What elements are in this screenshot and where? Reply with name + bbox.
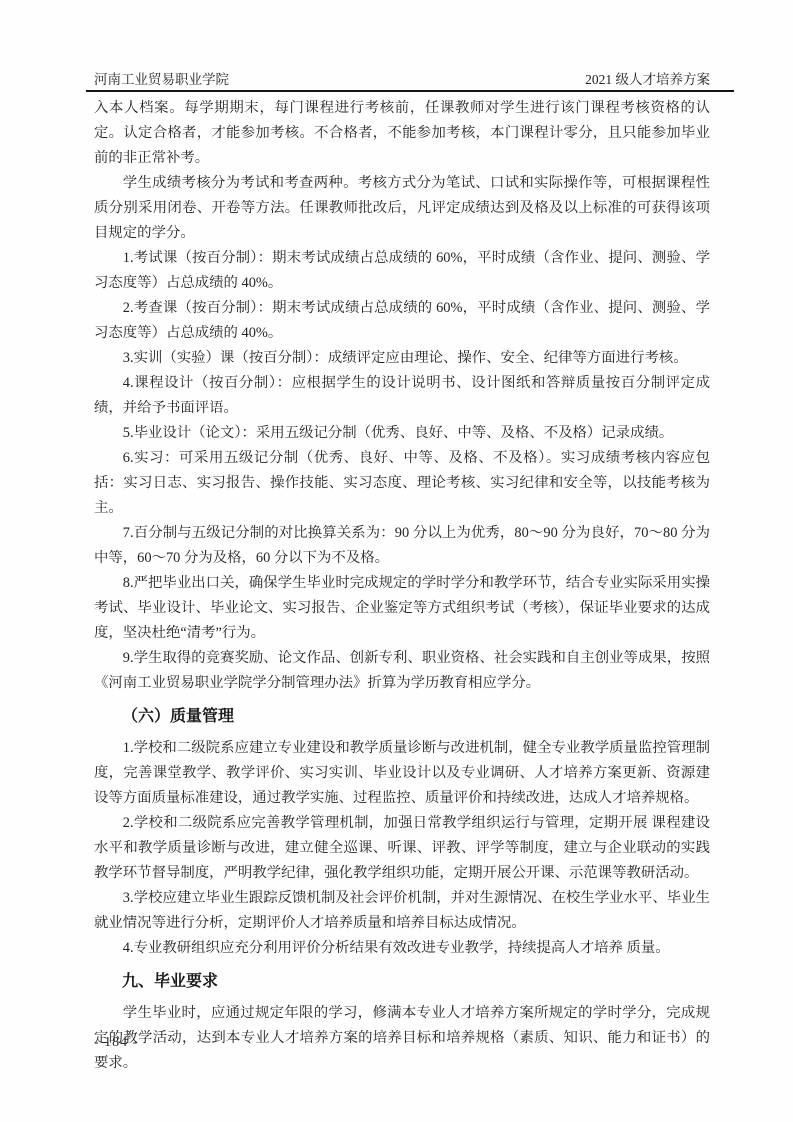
body-paragraph: 1.考试课（按百分制）：期末考试成绩占总成绩的 60%，平时成绩（含作业、提问、… (94, 246, 710, 296)
section-heading: （六）质量管理 (94, 704, 710, 729)
header-rule (86, 90, 734, 92)
body-paragraph: 4.课程设计（按百分制）：应根据学生的设计说明书、设计图纸和答辩质量按百分制评定… (94, 371, 710, 421)
body-paragraph: 2.考查课（按百分制）：期末考试成绩占总成绩的 60%，平时成绩（含作业、提问、… (94, 296, 710, 346)
body-paragraph: 3.学校应建立毕业生跟踪反馈机制及社会评价机制，并对生源情况、在校生学业水平、毕… (94, 886, 710, 936)
header-document-title: 2021 级人才培养方案 (585, 71, 710, 89)
body-paragraph: 学生成绩考核分为考试和考查两种。考核方式分为笔试、口试和实际操作等，可根据课程性… (94, 171, 710, 246)
body-paragraph: 入本人档案。每学期期末，每门课程进行考核前，任课教师对学生进行该门课程考核资格的… (94, 96, 710, 171)
body-paragraph: 2.学校和二级院系应完善教学管理机制，加强日常教学组织运行与管理，定期开展 课程… (94, 811, 710, 886)
body-paragraph: 4.专业教研组织应充分利用评价分析结果有效改进专业教学，持续提高人才培养 质量。 (94, 936, 710, 961)
body-paragraph: 7.百分制与五级记分制的对比换算关系为：90 分以上为优秀，80～90 分为良好… (94, 521, 710, 571)
page-header: 河南工业贸易职业学院 2021 级人才培养方案 (94, 71, 710, 89)
body-paragraph: 6.实习：可采用五级记分制（优秀、良好、中等、及格、不及格）。实习成绩考核内容应… (94, 446, 710, 521)
body-paragraph: 9.学生取得的竞赛奖励、论文作品、创新专利、职业资格、社会实践和自主创业等成果，… (94, 646, 710, 696)
document-page: 河南工业贸易职业学院 2021 级人才培养方案 入本人档案。每学期期末，每门课程… (0, 0, 793, 1122)
section-heading: 九、毕业要求 (94, 969, 710, 994)
body-paragraph: 1.学校和二级院系应建立专业建设和教学质量诊断与改进机制，健全专业教学质量监控管… (94, 736, 710, 811)
body-paragraph: 学生毕业时，应通过规定年限的学习，修满本专业人才培养方案所规定的学时学分，完成规… (94, 1001, 710, 1076)
page-number: - 184 - (94, 1035, 138, 1050)
header-school-name: 河南工业贸易职业学院 (94, 71, 229, 89)
body-paragraph: 3.实训（实验）课（按百分制）：成绩评定应由理论、操作、安全、纪律等方面进行考核… (94, 346, 710, 371)
body-paragraph: 8.严把毕业出口关，确保学生毕业时完成规定的学时学分和教学环节，结合专业实际采用… (94, 571, 710, 646)
body-paragraph: 5.毕业设计（论文）：采用五级记分制（优秀、良好、中等、及格、不及格）记录成绩。 (94, 421, 710, 446)
page-footer: - 184 - (94, 1033, 138, 1053)
document-body: 入本人档案。每学期期末，每门课程进行考核前，任课教师对学生进行该门课程考核资格的… (94, 96, 710, 1076)
